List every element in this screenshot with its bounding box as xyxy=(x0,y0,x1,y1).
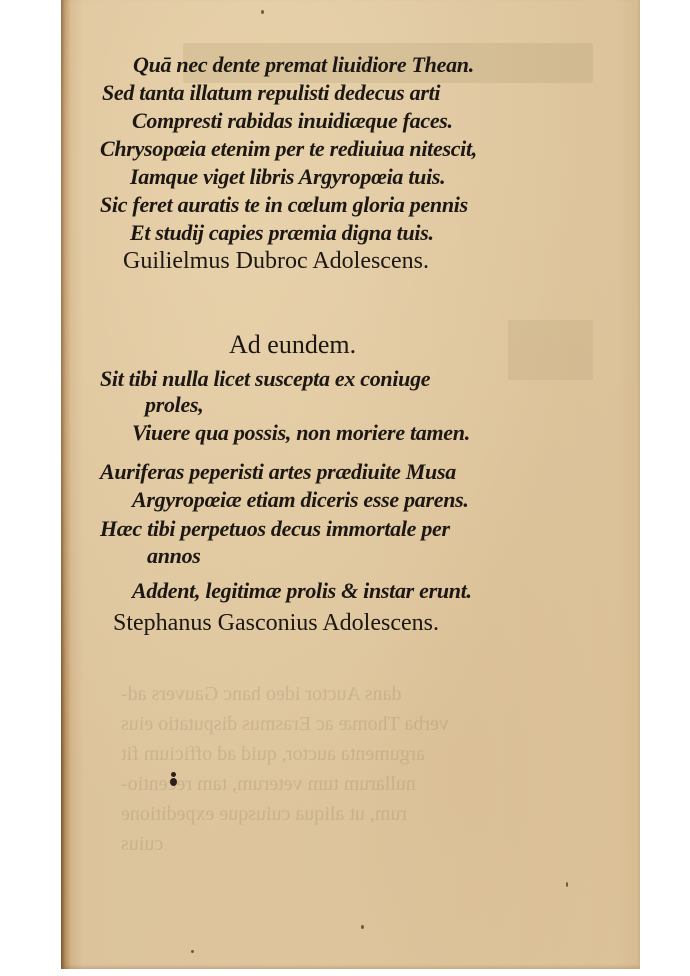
poem2-line: annos xyxy=(147,543,201,569)
book-page: dans Auctor ideo hanc Gauvers ad- verba … xyxy=(61,0,640,969)
bleed-through-line: argumenta auctor, quid ad officium fit xyxy=(121,743,425,766)
poem1-line: Sic feret auratis te in cœlum gloria pen… xyxy=(100,192,468,218)
poem2-line: Argyropœiæ etiam diceris esse parens. xyxy=(132,487,469,513)
poem2-line: Addent, legitimæ prolis & instar erunt. xyxy=(132,578,472,604)
poem2-line: Viuere qua possis, non moriere tamen. xyxy=(132,420,470,446)
poem1-line: Et studij capies præmia digna tuis. xyxy=(130,220,434,246)
bleed-through-line: nullarum tum veterum, tam recentio- xyxy=(121,773,416,796)
poem2-heading: Ad eundem. xyxy=(229,330,356,360)
poem1-line: Iamque viget libris Argyropœia tuis. xyxy=(130,164,445,190)
paper-speck xyxy=(361,925,364,929)
bleed-through-line: dans Auctor ideo hanc Gauvers ad- xyxy=(121,683,401,706)
poem2-line: proles, xyxy=(145,392,203,418)
paper-speck xyxy=(566,882,568,887)
paper-speck xyxy=(191,950,194,953)
bleed-through-line: cuius xyxy=(121,833,163,856)
poem1-signature: Guilielmus Dubroc Adolescens. xyxy=(123,248,429,275)
poem1-line: Quā nec dente premat liuidiore Thean. xyxy=(133,52,474,78)
poem2-line: Hæc tibi perpetuos decus immortale per xyxy=(100,516,450,542)
bleed-through-line: verba Thomæ ac Erasmus disputatio eius xyxy=(121,713,449,736)
poem2-line: Auriferas peperisti artes prædiuite Musa xyxy=(100,459,456,485)
poem1-line: Compresti rabidas inuidiæque faces. xyxy=(132,108,453,134)
bleed-through-line: rum, ut aliqua cuiusque expeditione xyxy=(121,803,407,826)
printer-mark-icon xyxy=(169,772,177,790)
poem1-line: Sed tanta illatum repulisti dedecus arti xyxy=(102,80,440,106)
poem1-line: Chrysopœia etenim per te rediuiua nitesc… xyxy=(100,136,477,162)
poem2-signature: Stephanus Gasconius Adolescens. xyxy=(113,610,439,637)
woodcut-bleed xyxy=(508,320,593,380)
paper-speck xyxy=(261,10,264,14)
poem2-line: Sit tibi nulla licet suscepta ex coniuge xyxy=(100,366,430,392)
